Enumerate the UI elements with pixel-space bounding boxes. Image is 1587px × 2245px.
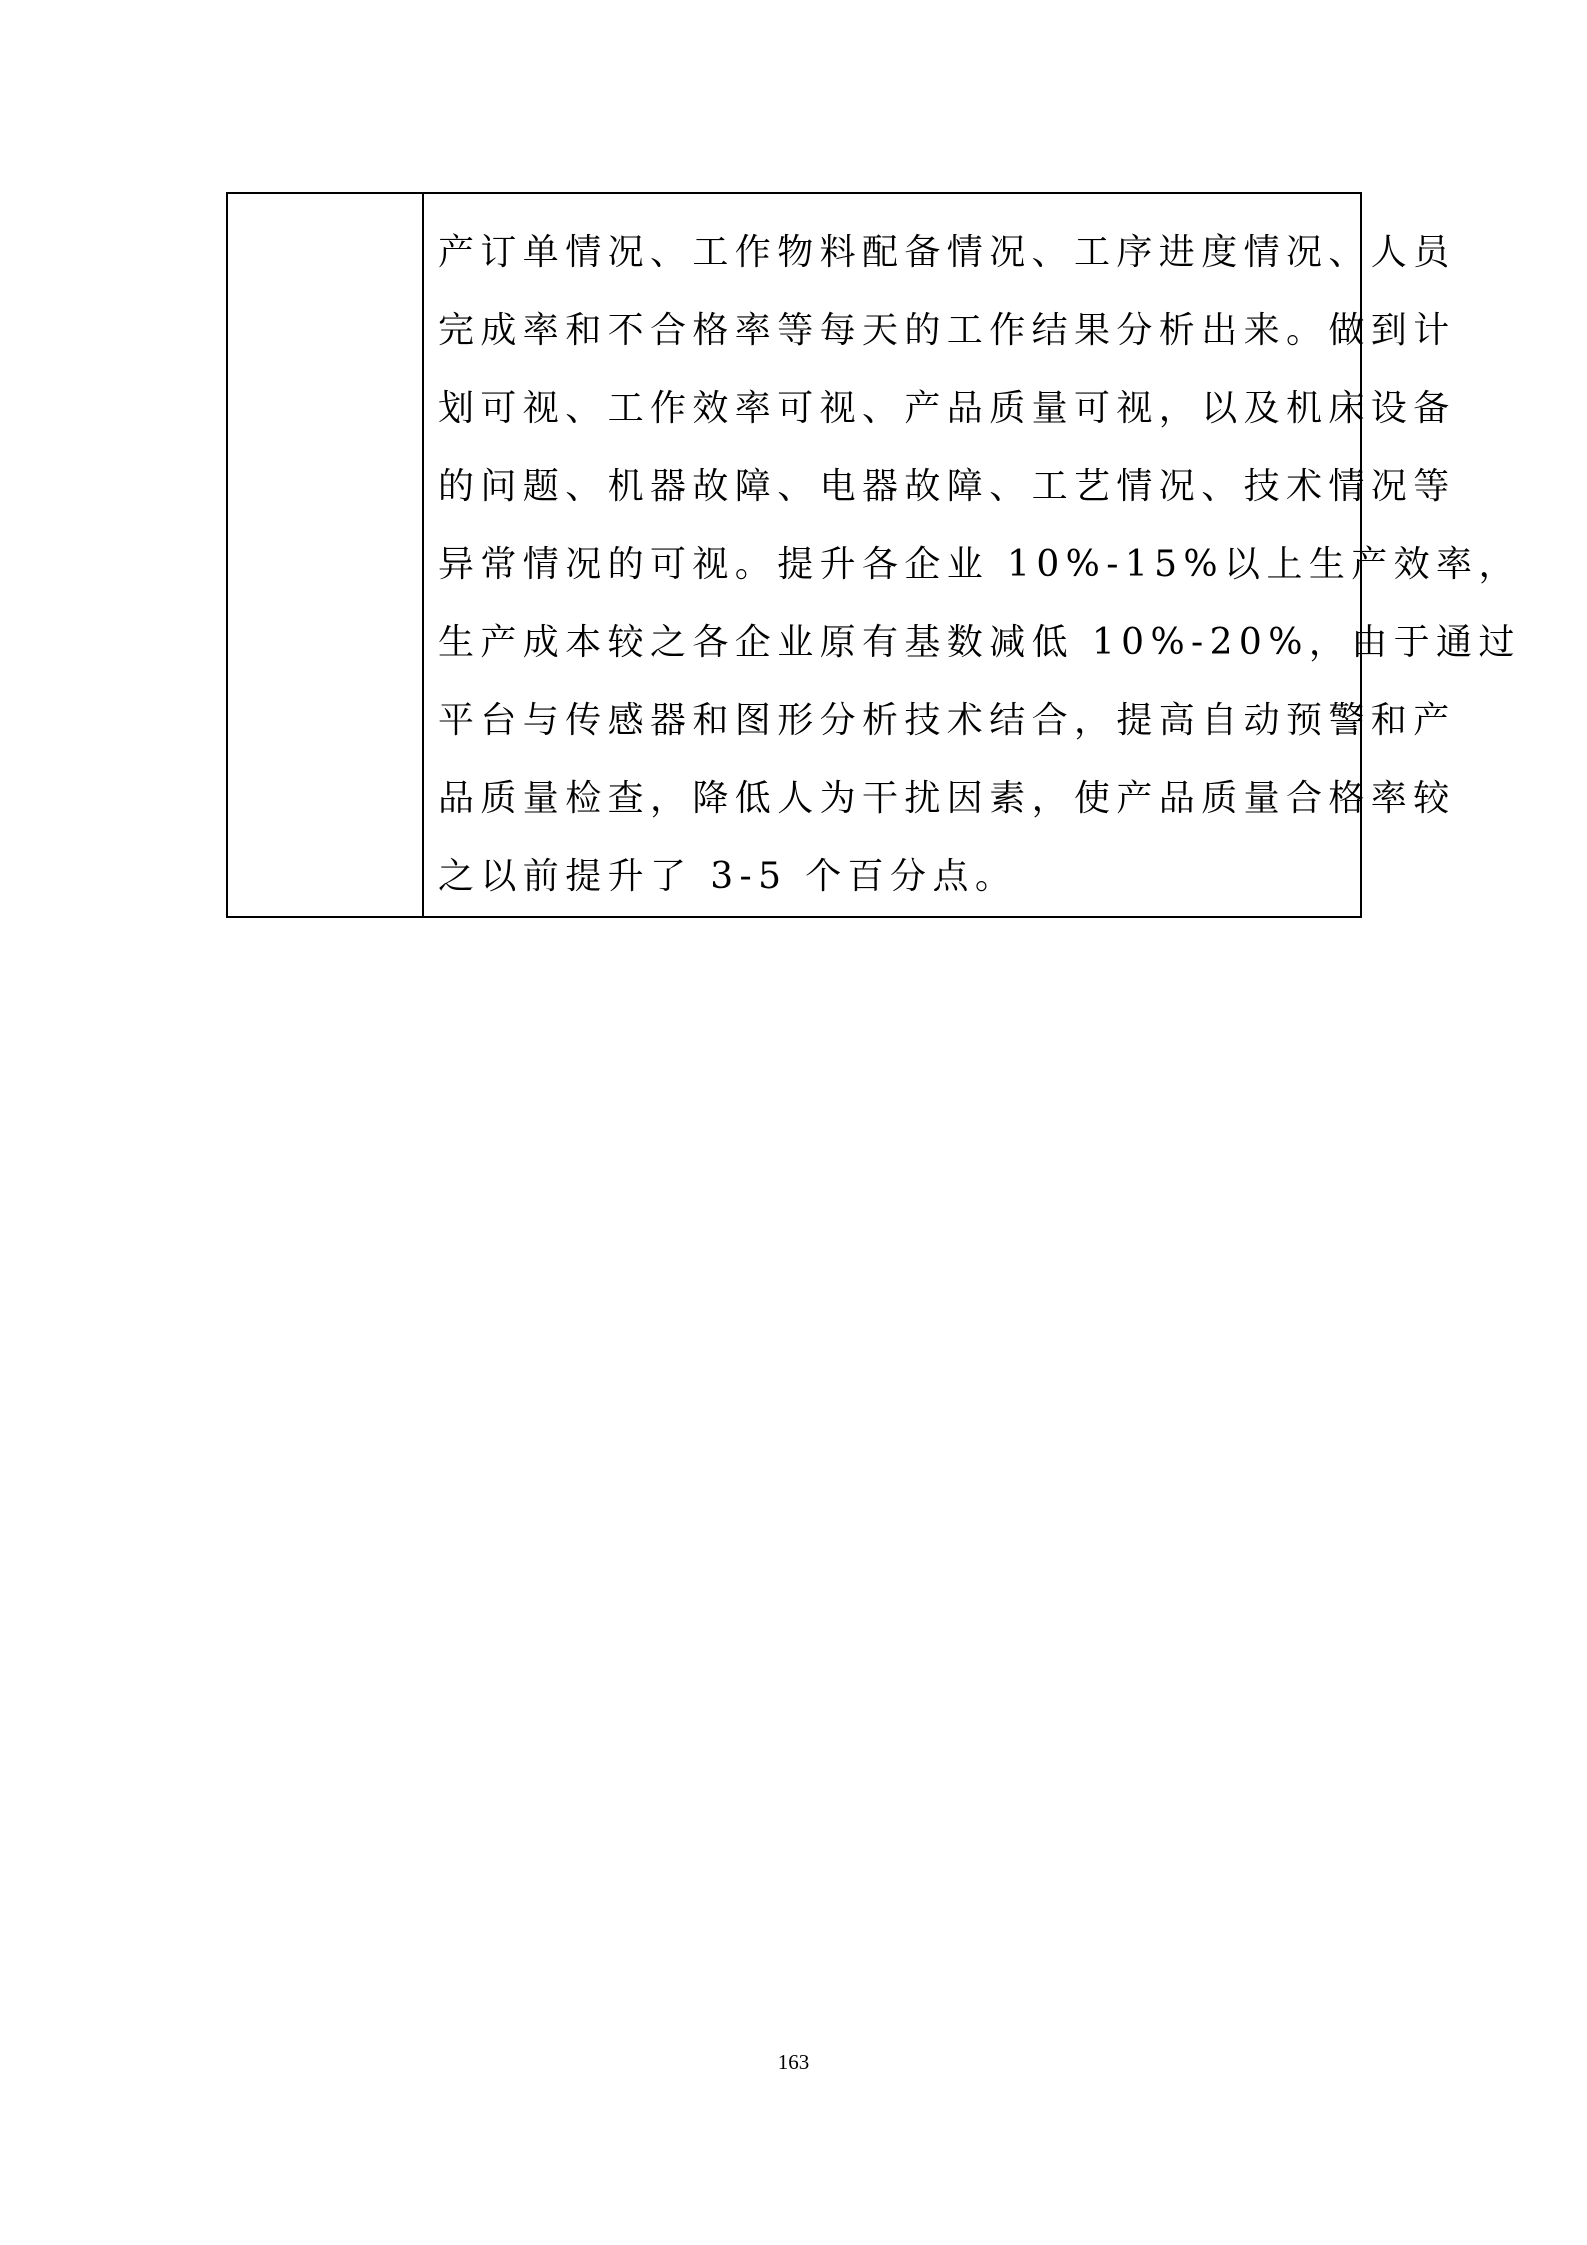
paragraph-line: 异常情况的可视。提升各企业 10%-15%以上生产效率，: [438, 526, 1346, 604]
page-number: 163: [0, 2050, 1587, 2075]
paragraph-line: 完成率和不合格率等每天的工作结果分析出来。做到计: [438, 292, 1346, 370]
table-row: 产订单情况、工作物料配备情况、工序进度情况、人员 完成率和不合格率等每天的工作结…: [227, 193, 1361, 917]
paragraph-line: 之以前提升了 3-5 个百分点。: [438, 838, 1346, 916]
paragraph-line: 产订单情况、工作物料配备情况、工序进度情况、人员: [438, 214, 1346, 292]
paragraph-line: 生产成本较之各企业原有基数减低 10%-20%，由于通过: [438, 604, 1346, 682]
paragraph-line: 平台与传感器和图形分析技术结合，提高自动预警和产: [438, 682, 1346, 760]
paragraph-line: 的问题、机器故障、电器故障、工艺情况、技术情况等: [438, 448, 1346, 526]
paragraph-line: 划可视、工作效率可视、产品质量可视，以及机床设备: [438, 370, 1346, 448]
paragraph-line: 品质量检查，降低人为干扰因素，使产品质量合格率较: [438, 760, 1346, 838]
table-cell-label: [227, 193, 423, 917]
table-cell-content: 产订单情况、工作物料配备情况、工序进度情况、人员 完成率和不合格率等每天的工作结…: [423, 193, 1361, 917]
content-table: 产订单情况、工作物料配备情况、工序进度情况、人员 完成率和不合格率等每天的工作结…: [226, 192, 1362, 918]
